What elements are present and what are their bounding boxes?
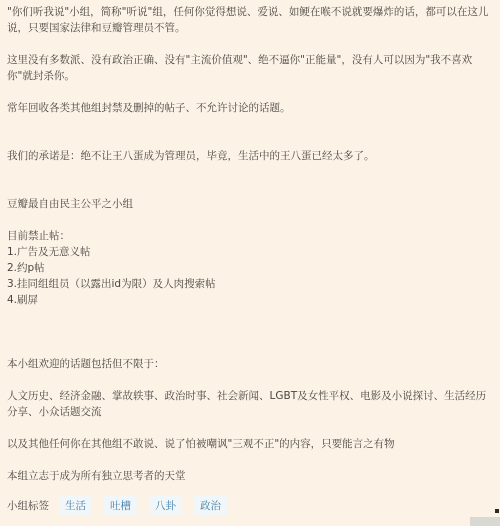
group-about-page: "你们听我说"小组，简称"听说"组，任何你觉得想说、爱说、如鲠在喉不说就要爆炸的…	[0, 0, 500, 526]
promise-paragraph: 我们的承诺是：绝不让王八蛋成为管理员，毕竟，生活中的王八蛋已经太多了。	[7, 148, 495, 164]
welcome-topics-list: 人文历史、经济金融、掌故轶事、政治时事、社会新闻、LGBT及女性平权、电影及小说…	[7, 388, 495, 420]
mission-paragraph: 本组立志于成为所有独立思考者的天堂	[7, 468, 495, 484]
intro-paragraph: "你们听我说"小组，简称"听说"组，任何你觉得想说、爱说、如鲠在喉不说就要爆炸的…	[7, 4, 495, 36]
banned-posts-header: 目前禁止帖：	[7, 228, 495, 244]
slogan-paragraph: 豆瓣最自由民主公平之小组	[7, 196, 495, 212]
tag-link-life[interactable]: 生活	[59, 496, 92, 516]
tag-link-ranting[interactable]: 吐槽	[104, 496, 137, 516]
banned-item-spam: 4.刷屏	[7, 292, 495, 308]
banned-item-doxxing: 3.挂同组组员（以露出id为限）及人肉搜索帖	[7, 276, 495, 292]
tag-link-politics[interactable]: 政治	[194, 496, 227, 516]
group-tags-row: 小组标签 生活 吐槽 八卦 政治	[7, 496, 495, 516]
tag-link-gossip[interactable]: 八卦	[149, 496, 182, 516]
banned-item-hookup: 2.约p帖	[7, 260, 495, 276]
banned-posts-section: 目前禁止帖： 1.广告及无意义帖 2.约p帖 3.挂同组组员（以露出id为限）及…	[7, 228, 495, 308]
corner-artifact-strip	[470, 517, 500, 526]
recycle-paragraph: 常年回收各类其他组封禁及删掉的帖子、不允许讨论的话题。	[7, 100, 495, 116]
welcome-other-paragraph: 以及其他任何你在其他组不敢说、说了怕被嘲讽"三观不正"的内容，只要能言之有物	[7, 436, 495, 452]
no-censorship-paragraph: 这里没有多数派、没有政治正确、没有"主流价值观"、绝不逼你"正能量"，没有人可以…	[7, 52, 495, 84]
corner-artifact-dot	[495, 509, 499, 513]
banned-item-ads: 1.广告及无意义帖	[7, 244, 495, 260]
tags-label: 小组标签	[7, 498, 49, 514]
welcome-topics-header: 本小组欢迎的话题包括但不限于：	[7, 356, 495, 372]
